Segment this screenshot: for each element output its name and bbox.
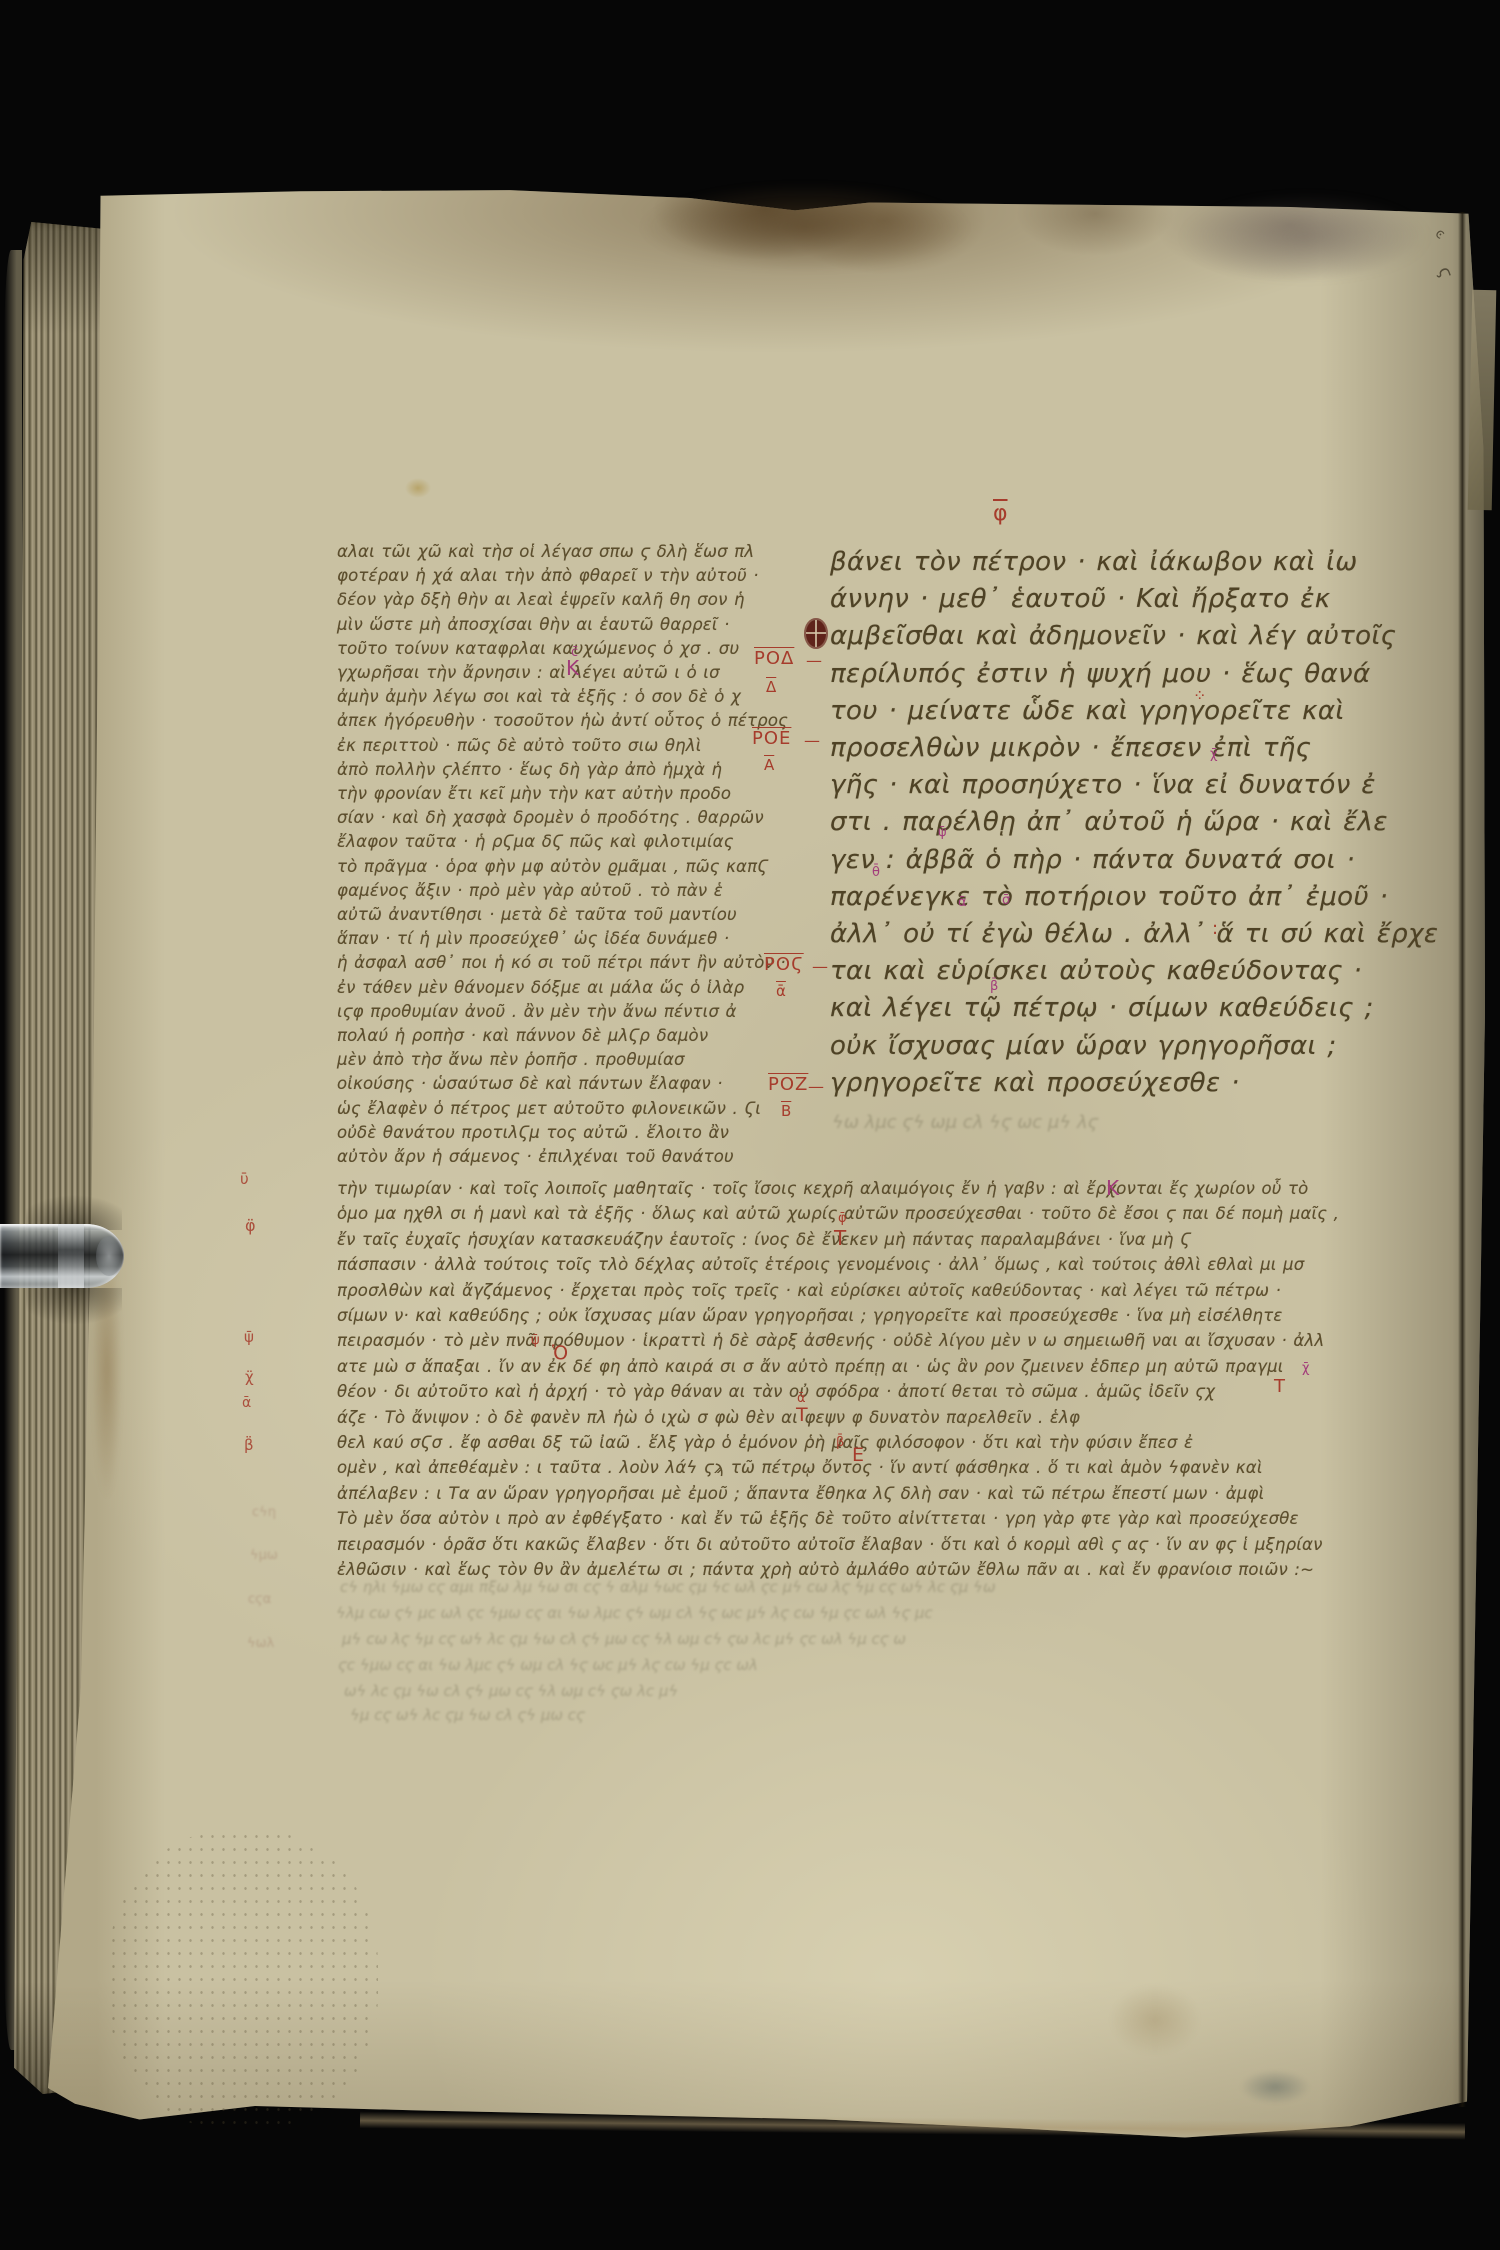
underlying-leaf-sliver xyxy=(1468,290,1497,510)
text-line: προσελθὼν μικρὸν · ἔπεσεν ἐπὶ τῆς xyxy=(830,730,1335,767)
gospel-text-column: βάνει τὸν πέτρον · καὶ ἰάκωβον καὶ ἰωάνν… xyxy=(830,544,1335,1102)
text-line: οὐκ ἴσχυσας μίαν ὥραν γρηγορῆσαι ; xyxy=(830,1028,1335,1065)
text-line: Τὸ μὲν ὅσα αὐτὸν ι πρὸ αν ἐφθέγξατο · κα… xyxy=(337,1506,1367,1531)
red-quadpoint: ⁘ xyxy=(1193,688,1206,704)
interlinear-theta: θ̄ xyxy=(872,866,880,879)
text-line: φαμένος ἄξιν · πρὸ μὲν γὰρ αὐτοῦ . τὸ πὰ… xyxy=(337,879,769,903)
text-line: στι . παρέλθῃ ἀπ᾽ αὐτοῦ ἡ ὥρα · καὶ ἔλε xyxy=(830,804,1335,841)
lection-dash-4: — xyxy=(808,1079,824,1095)
margin-ghost-4: ϟωλ xyxy=(247,1636,274,1651)
lection-dash-1: — xyxy=(806,653,822,669)
block-initial-omicron: Ὁ xyxy=(552,1344,568,1363)
interlinear-sigma: σ̄ xyxy=(1002,894,1010,907)
interlinear-alpha: ᾱ xyxy=(958,896,967,909)
text-line: ἀμὴν ἀμὴν λέγω σοι καὶ τὰ ἑξῆς : ὁ σον δ… xyxy=(337,685,769,709)
text-line: ἔν ταῖς ἐυχαῖς ἡσυχίαν κατασκευάζην ἑαυτ… xyxy=(337,1227,1367,1252)
lection-dash-2: — xyxy=(804,733,820,749)
eusebian-canon-177: Β xyxy=(781,1104,791,1119)
text-line: παρένεγκε τὸ ποτήριον τοῦτο ἀπ᾽ ἐμοῦ · xyxy=(830,879,1335,916)
clip-highlight-band xyxy=(58,1224,84,1288)
lection-dash-3: — xyxy=(812,959,828,975)
block-psi-ref: ψ̄ xyxy=(531,1334,540,1347)
text-line: πειρασμόν · τὸ μὲν πνᾶ πρόθυμον · ἱκραττ… xyxy=(337,1328,1367,1353)
block-initial-tau-1: Τ xyxy=(834,1228,846,1248)
text-line: αὐτῶ ἀναντίθησι · μετὰ δὲ ταῦτα τοῦ μαντ… xyxy=(337,903,769,927)
margin-symbol-chi: χ̈ xyxy=(245,1370,254,1385)
staurogram-icon: φ xyxy=(993,503,1008,525)
text-line: οὐδὲ θανάτου προτιλϚμ τος αὐτῶ . ἕλοιτο … xyxy=(337,1121,769,1145)
text-line: αλαι τῶι χῶ καὶ τὴσ οἱ λέγασ σπω ϛ δλὴ ἕ… xyxy=(337,540,769,564)
text-line: γῆς · καὶ προσηύχετο · ἵνα εἰ δυνατόν ἐ xyxy=(830,767,1335,804)
text-line: γεν : ἀββᾶ ὁ πὴρ · πάντα δυνατά σοι · xyxy=(830,842,1335,879)
block-beta-ref: β̄ xyxy=(836,1436,844,1449)
text-line: πειρασμόν · ὁρᾶσ ὅτι κακῶς ἔλαβεν · ὅτι … xyxy=(337,1532,1367,1557)
interlinear-chi: χ̄ xyxy=(1210,748,1218,761)
block-initial-kappa: Κ xyxy=(1106,1178,1119,1198)
bleedthrough-line: ωϟ λϲ ϛμ ϟω ϲλ ϛϟ μω ϲϛ ϟλ ωμ ϲϟ ϛω λϲ μ… xyxy=(344,1682,678,1700)
text-line: περίλυπός ἐστιν ἡ ψυχή μου · ἕως θανά xyxy=(830,656,1335,693)
text-line: ατε μὼ σ ἅπαξαι . ἴν αν ἐκ δέ φη ἀπὸ και… xyxy=(337,1354,1367,1379)
text-line: ἅπαν · τί ἡ μὶν προσεύχεθ᾽ ὡς ἰδέα δυνάμ… xyxy=(337,927,769,951)
text-line: τὴν φρονίαν ἔτι κεῖ μὴν τὴν κατ αὐτὴν πρ… xyxy=(337,782,769,806)
eusebian-canon-175: Α xyxy=(764,758,774,773)
text-line: σίαν · καὶ δὴ χασφὰ δρομὲν ὁ προδότης . … xyxy=(337,806,769,830)
text-line: δέον γὰρ δξὴ θὴν αι λεαὶ ἑψρεῖν καλῆ θη … xyxy=(337,588,769,612)
interlinear-beta: β̄ xyxy=(990,980,998,993)
text-line: ἀπεκ ἠγόρευθὴν · τοσοῦτον ἡὼ ἀντί οὗτος … xyxy=(337,709,769,733)
left-commentary-column: αλαι τῶι χῶ καὶ τὴσ οἱ λέγασ σπω ϛ δλὴ ἕ… xyxy=(337,540,769,1169)
clip-shadow-lower xyxy=(26,1288,122,1334)
text-line: αμβεῖσθαι καὶ ἀδημονεῖν · καὶ λέγ αὐτοῖς xyxy=(830,618,1335,655)
text-line: τὸ πρᾶγμα · ὁρα φὴν μφ αὐτὸν ϱμᾶμαι , πῶ… xyxy=(337,855,769,879)
text-line: του · μείνατε ὧδε καὶ γρηγορεῖτε καὶ xyxy=(830,693,1335,730)
text-line: γρηγορεῖτε καὶ προσεύχεσθε · xyxy=(830,1065,1335,1102)
ammonian-section-177: ΡΟΖ xyxy=(768,1076,808,1094)
block-chi-ref: χ̄ xyxy=(1302,1362,1310,1375)
text-line: προσλθὼν καὶ ἄγζάμενος · ἔρχεται πρὸς το… xyxy=(337,1278,1367,1303)
text-line: μὲν ἀπὸ τὴσ ἄνω πὲν ῥοπῆσ . προθυμίασ xyxy=(337,1048,769,1072)
red-colon: : xyxy=(1212,920,1218,938)
text-line: ται καὶ εὑρίσκει αὐτοὺς καθεύδοντας · xyxy=(830,953,1335,990)
text-line: ἀπὸ πολλὴν ϛλέπτο · ἕως δὴ γὰρ ἀπὸ ἡμχὰ … xyxy=(337,758,769,782)
eusebian-canon-174: Δ xyxy=(766,680,776,695)
text-line: βάνει τὸν πέτρον · καὶ ἰάκωβον καὶ ἰω xyxy=(830,544,1335,581)
parchment-follicle-speckles xyxy=(108,1830,378,2130)
text-line: μὶν ὥστε μὴ ἀποσχίσαι θὴν αι ἑαυτῶ θαρρε… xyxy=(337,613,769,637)
margin-ghost-3: ϲϛα xyxy=(248,1592,271,1607)
text-line: πολαύ ἡ ροπὴσ · καὶ πάννον δὲ μλϚρ δαμὸν xyxy=(337,1024,769,1048)
eusebian-canon-176: ᾱ xyxy=(776,984,786,999)
margin-symbol-beta: β̈ xyxy=(244,1438,254,1453)
margin-symbol-alpha: ᾱ xyxy=(242,1396,251,1410)
text-line: σίμων ν· καὶ καθεύδης ; οὐκ ἴσχυσας μίαν… xyxy=(337,1303,1367,1328)
text-line: τοῦτο τοίνυν καταφρλαι καυχώμενος ὁ χσ .… xyxy=(337,637,769,661)
text-line: τὴν τιμωρίαν · καὶ τοῖς λοιποῖς μαθηταῖς… xyxy=(337,1176,1367,1201)
interlinear-psi: ψ̄ xyxy=(938,826,947,839)
text-line: ἐκ περιττοὺ · πῶς δὲ αὐτὸ τοῦτο σιω θηλὶ xyxy=(337,734,769,758)
block-phi-ref: φ̄ xyxy=(838,1212,847,1225)
text-line: άζε · Τὸ ἄνιψον : ὸ δὲ φανὲν πλ ἡὼ ὁ ιχὼ… xyxy=(337,1405,1367,1430)
full-width-commentary-block: τὴν τιμωρίαν · καὶ τοῖς λοιποῖς μαθηταῖς… xyxy=(337,1176,1367,1583)
ammonian-section-175: ΡΟΕ xyxy=(752,730,791,748)
bleedthrough-right-column: ϟω λμϲ ϛϟ ωμ ϲλ ϟϛ ωϲ μϟ λϛ xyxy=(832,1112,1098,1133)
text-line: ὡς ἔλαφὲν ὁ πέτρος μετ αὐτοῦτο φιλονεικῶ… xyxy=(337,1097,769,1121)
text-line: άννην · μεθ᾽ ἑαυτοῦ · Καὶ ἤρξατο ἐκ xyxy=(830,581,1335,618)
text-line: γχωρῆσαι τὴν ἄρνησιν : αὶ λέγει αὐτῶ ι ὁ… xyxy=(337,661,769,685)
text-line: αὐτὸν ἄρν ἡ σάμενος · ἐπιλχέναι τοῦ θανά… xyxy=(337,1145,769,1169)
bleedthrough-line: ϟμ ϲϛ ωϟ λϲ ϛμ ϟω ϲλ ϛϟ μω ϲϛ xyxy=(350,1706,585,1724)
bleedthrough-line: ϟλμ ϲω ϛϟ μϲ ωλ ϛϲ ϟμω ϲϛ αι ϟω λμϲ ϛϟ ω… xyxy=(336,1604,933,1622)
clip-rounded-tip xyxy=(96,1236,122,1276)
text-line: πάσπασιν · ἀλλὰ τούτοις τοῖς τλὸ δέχλας … xyxy=(337,1252,1367,1277)
text-line: ἐν τάθεν μὲν θάνομεν δόξμε αι μάλα ὥς ὁ … xyxy=(337,976,769,1000)
margin-symbol-psi: ψ̄ xyxy=(244,1330,254,1345)
bleedthrough-line: ϲϟ ηλι ϟμω ϲϛ αμι πξω λμ ϟω σι ϲϛ ϟ αλμ … xyxy=(340,1578,996,1596)
text-line: ἔλαφον ταῦτα · ἡ ρϚμα δϚ πῶς καὶ φιλοτιμ… xyxy=(337,830,769,854)
block-initial-tau-3: Τ xyxy=(1274,1378,1285,1396)
text-line: ἀπέλαβεν : ι Τα αν ὥραν γρηγορῆσαι μὲ ἐμ… xyxy=(337,1481,1367,1506)
block-initial-tau-2: Τ xyxy=(796,1406,808,1425)
text-line: καὶ λέγει τῷ πέτρῳ · σίμων καθεύδεις ; xyxy=(830,990,1335,1027)
right-edge-crease xyxy=(1458,212,1466,2107)
text-line: φοτέραν ἡ χά αλαι τὴν ἀπὸ φθαρεῖ ν τὴν α… xyxy=(337,564,769,588)
text-line: ὁμο μα ηχθλ σι ἡ μανὶ καὶ τὰ ἑξῆς · ὅλως… xyxy=(337,1201,1367,1226)
text-line: οἰκούσης · ὡσαύτωσ δὲ καὶ πάντων ἔλαφαν … xyxy=(337,1072,769,1096)
bleedthrough-line: ϛϲ ϟμω ϲϛ αι ϟω λμϲ ϛϟ ωμ ϲλ ϟϛ ωϲ μϟ λϛ… xyxy=(338,1656,758,1674)
margin-symbol-upsilon: ῡ xyxy=(240,1172,249,1187)
red-initial-kappa-left: Κ xyxy=(566,658,579,678)
margin-ghost-2: ϟμω xyxy=(250,1548,278,1563)
ammonian-section-174: ΡΟΔ xyxy=(754,650,794,668)
block-initial-epsilon: Ε xyxy=(852,1446,864,1465)
text-line: ἡ ἀσφαλ ασθ᾽ ποι ἡ κό σι τοῦ πέτρι πάντ … xyxy=(337,951,769,975)
text-line: ιϛφ προθυμίαν ἀνοῦ . ἂν μὲν τὴν ἄνω πέντ… xyxy=(337,1000,769,1024)
bleedthrough-line: μϟ ϲω λϛ ϟμ ϲϛ ωϟ λϲ ϛμ ϟω ϲλ ϛϟ μω ϲϛ ϟ… xyxy=(342,1630,906,1648)
margin-symbol-phi: φ̈ xyxy=(245,1218,256,1234)
decorated-theta-initial xyxy=(804,618,828,649)
text-line: θέον · δι αὐτοῦτο καὶ ἡ ἀρχή · τὸ γὰρ θά… xyxy=(337,1379,1367,1404)
margin-ghost-1: ϲϟη xyxy=(252,1505,276,1520)
photograph-of-codex-page: αλαι τῶι χῶ καὶ τὴσ οἱ λέγασ σπω ϛ δλὴ ἕ… xyxy=(0,0,1500,2250)
text-line: ἀλλ᾽ οὐ τί ἐγὼ θέλω . ἀλλ᾽ ἅ τι σύ καὶ ἔ… xyxy=(830,916,1335,953)
ammonian-section-176: ΡΟϚ xyxy=(764,956,804,974)
